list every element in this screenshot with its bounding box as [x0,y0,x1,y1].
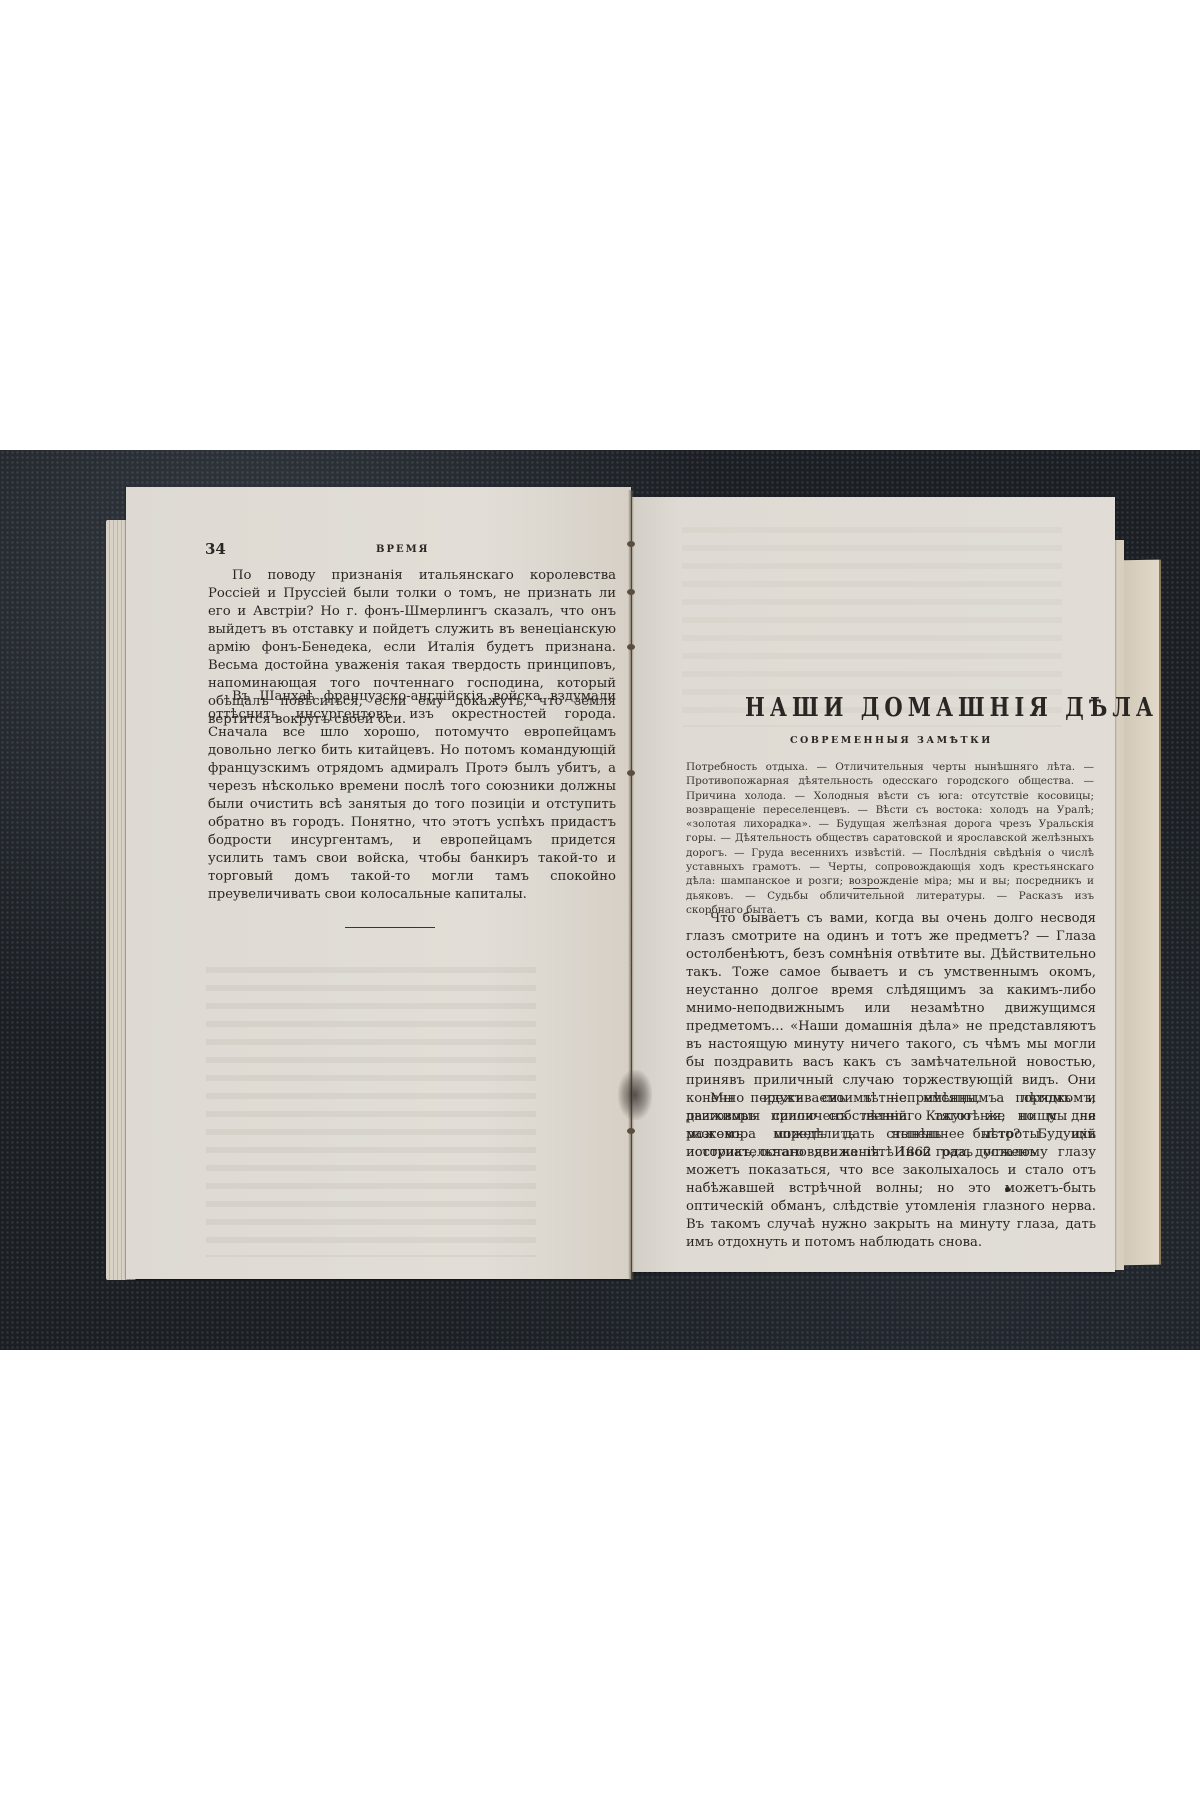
chapter-summary: Потребность отдыха. — Отличительныя черт… [686,760,1094,917]
paragraph-text: Что бываетъ съ вами, когда вы очень долг… [686,910,1096,1252]
paragraph-text: Въ Шанхаѣ французско-англійскія войска в… [208,688,616,904]
binding-stitch [627,644,635,650]
running-head: ВРЕМЯ [376,544,429,555]
section-end-rule [345,927,435,928]
right-paragraph-2: Мы переживаемъ лѣтніе мѣсяцы, а лѣтомъ и… [686,1090,1096,1162]
summary-divider-rule [853,888,879,889]
binding-stitch [627,770,635,776]
binding-stitch [627,589,635,595]
signature-mark [1005,1187,1010,1192]
binding-stitch [627,541,635,547]
ink-stain [618,1070,652,1120]
paragraph-text: Мы переживаемъ лѣтніе мѣсяцы, а лѣтомъ и… [686,1090,1096,1162]
page-number: 34 [205,540,226,558]
section-subtitle: СОВРЕМЕННЫЯ ЗАМѢТКИ [790,735,993,746]
book-spine-gutter [628,490,634,1280]
binding-stitch [627,1128,635,1134]
section-title: НАШИ ДОМАШНІЯ ДѢЛА [745,691,1158,722]
show-through-text [206,967,536,1257]
left-paragraph-2: Въ Шанхаѣ французско-англійскія войска в… [208,688,616,904]
right-paragraph-1: Что бываетъ съ вами, когда вы очень долг… [686,910,1096,1252]
